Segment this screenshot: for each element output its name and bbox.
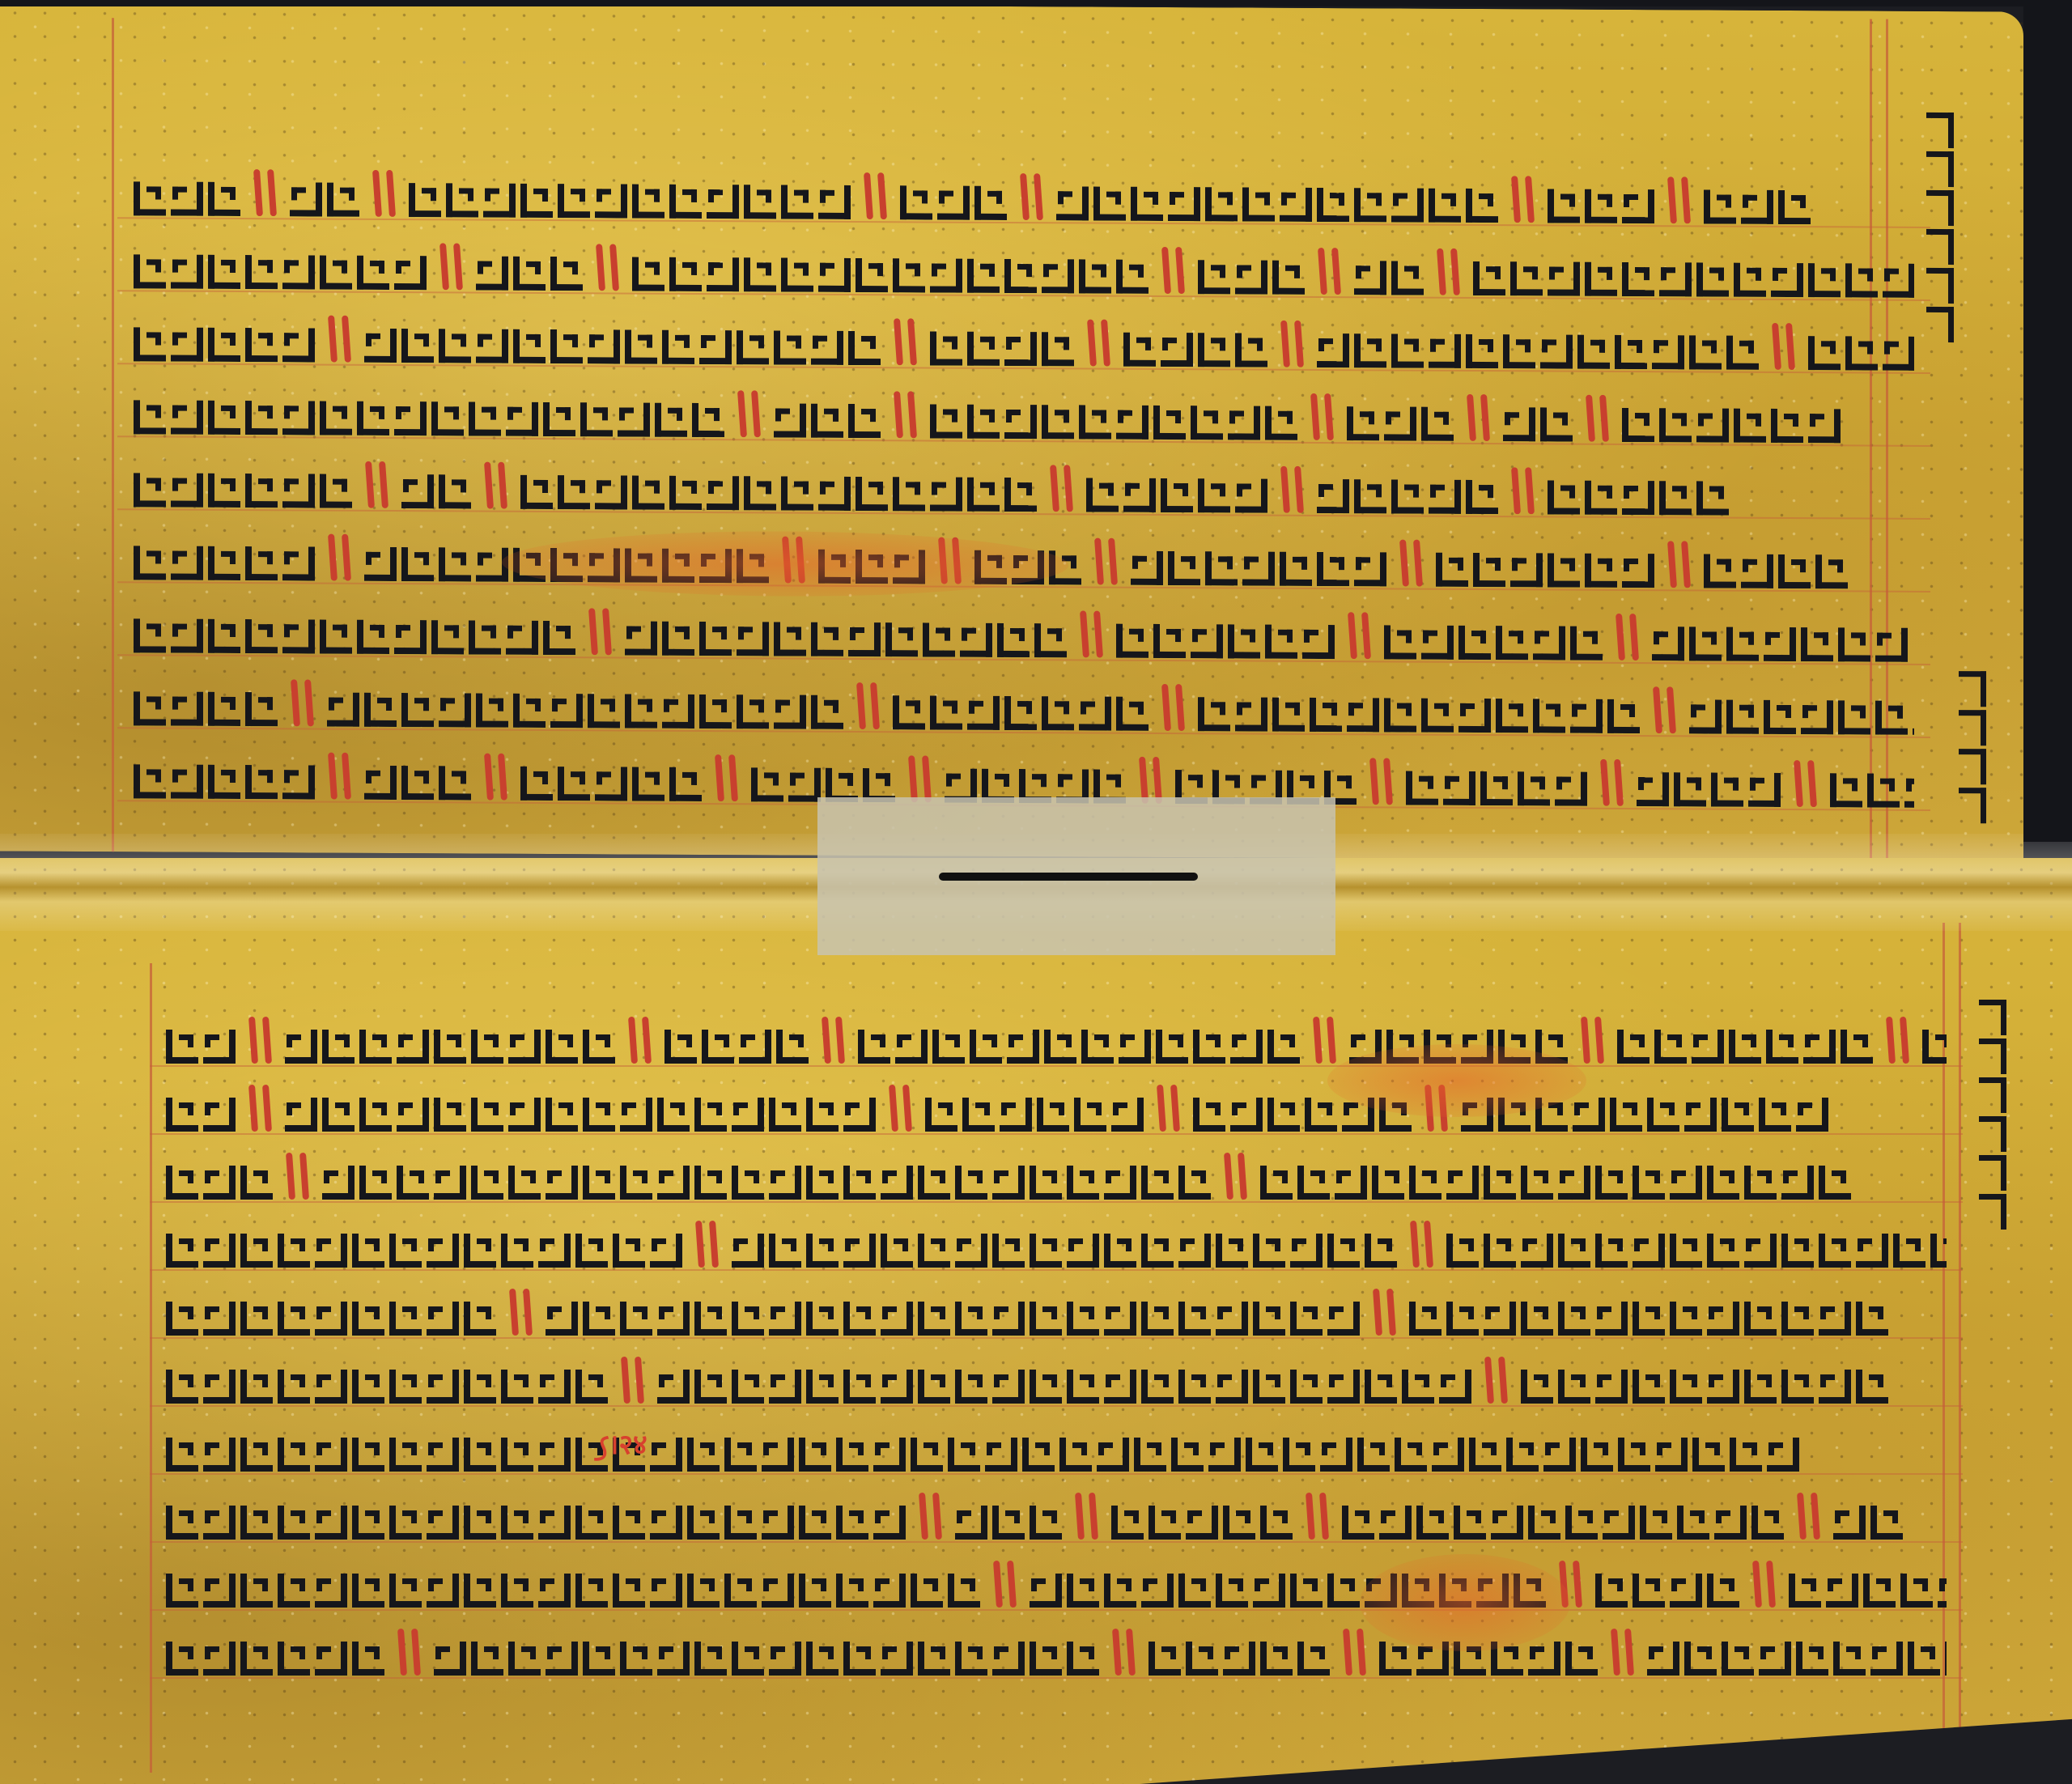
glyph [843,1370,876,1404]
glyph [873,1506,906,1540]
script-segment [1149,1627,1330,1676]
glyph [546,1166,578,1200]
manuscript-line [134,382,1914,444]
glyph [1570,627,1603,661]
glyph [762,1438,794,1472]
glyph [359,1166,392,1200]
glyph [1280,188,1312,222]
glyph [1421,699,1454,733]
glyph [427,1438,459,1472]
double-danda-mark [1282,465,1302,513]
glyph [245,328,278,362]
glyph [1722,1642,1754,1676]
glyph [613,1234,645,1268]
glyph [1391,188,1424,222]
glyph [930,477,962,511]
script-segment [134,604,575,655]
glyph [1446,1302,1479,1336]
glyph [171,692,203,726]
glyph [1521,1370,1553,1404]
glyph [501,1234,533,1268]
glyph [657,1642,690,1676]
glyph [769,1370,801,1404]
glyph [1744,1234,1777,1268]
glyph [538,1506,571,1540]
glyph [546,1098,578,1132]
glyph [1778,190,1811,224]
glyph [282,619,315,653]
glyph [513,329,546,363]
glyph [1205,551,1238,585]
glyph [389,1234,422,1268]
glyph [625,694,657,728]
glyph [1208,1438,1241,1472]
glyph [1067,1642,1099,1676]
glyph [1111,1098,1144,1132]
glyph [1689,699,1722,733]
glyph [1067,1302,1099,1336]
glyph [739,1030,771,1064]
glyph [669,257,702,291]
script-segment [134,750,315,799]
ruling-line [150,1269,1963,1271]
glyph [955,1642,987,1676]
glyph [397,1098,429,1132]
glyph [1781,1302,1814,1336]
glyph [203,1098,236,1132]
script-segment [774,389,881,438]
glyph [538,1438,571,1472]
glyph [282,401,315,435]
glyph [1674,772,1706,806]
glyph [1491,1506,1523,1540]
double-danda-mark [1314,1015,1335,1064]
glyph [501,1506,533,1540]
glyph [575,1234,608,1268]
manuscript-line [166,1012,1947,1064]
glyph [550,329,583,363]
glyph [662,694,694,728]
glyph [737,694,769,728]
glyph [1416,1506,1449,1540]
glyph [1900,1574,1933,1608]
glyph [1904,774,1914,808]
glyph [1335,1166,1367,1200]
glyph [1558,1370,1590,1404]
glyph [1116,406,1149,440]
glyph [278,1370,310,1404]
glyph [806,1166,839,1200]
glyph [985,1438,1017,1472]
glyph [1670,1234,1702,1268]
glyph [692,403,724,437]
glyph [657,1166,690,1200]
glyph [1198,478,1230,512]
glyph [1446,1166,1479,1200]
glyph [1067,1166,1099,1200]
glyph [1684,1098,1717,1132]
glyph [439,766,471,800]
script-segment [520,752,702,801]
glyph [471,1098,503,1132]
glyph [134,764,166,798]
glyph [427,1574,459,1608]
glyph [434,1098,466,1132]
glyph [1198,697,1230,731]
glyph [240,1234,273,1268]
glyph [1290,1574,1323,1608]
glyph [282,765,315,799]
glyph [240,1506,273,1540]
glyph [1116,697,1149,731]
glyph [1228,624,1260,658]
double-danda-mark [865,171,885,219]
glyph [992,1302,1025,1336]
glyph [508,1642,541,1676]
glyph [694,1642,727,1676]
glyph [1759,1642,1791,1676]
double-danda-mark [920,1491,940,1540]
script-segment [327,678,843,729]
glyph [1230,1030,1263,1064]
glyph [245,255,278,289]
glyph [1659,262,1692,296]
glyph [811,404,843,438]
glyph [550,694,583,728]
glyph [1365,1234,1397,1268]
glyph [245,546,278,580]
glyph [1391,479,1424,513]
glyph [352,1234,384,1268]
glyph [967,405,1000,439]
glyph [1883,337,1914,371]
glyph [632,476,664,510]
glyph [699,694,732,728]
glyph [171,255,203,289]
glyph [1633,1302,1665,1336]
glyph [364,693,397,727]
double-danda-mark [329,751,350,800]
glyph [632,257,664,291]
double-danda-mark [739,389,759,437]
glyph [1548,189,1580,223]
glyph [1186,1642,1218,1676]
glyph [208,474,240,508]
glyph [1729,1030,1761,1064]
glyph [1141,1234,1174,1268]
glyph [1037,1098,1069,1132]
glyph [1357,1438,1390,1472]
glyph [1707,1370,1739,1404]
glyph [364,547,397,581]
glyph [1042,405,1074,439]
glyph [1267,1098,1300,1132]
margin-glyph [1926,113,1954,148]
script-segment [134,240,427,290]
ruling-line [150,1473,1963,1475]
glyph [962,1098,995,1132]
script-segment [546,1287,1360,1336]
glyph [401,547,434,581]
glyph [464,1438,496,1472]
glyph [1327,1370,1360,1404]
glyph [1473,553,1505,587]
glyph [732,1234,764,1268]
glyph [1379,1506,1412,1540]
glyph [1067,1574,1099,1608]
glyph [1633,1166,1665,1200]
glyph [1870,1506,1903,1540]
glyph [208,765,240,799]
glyph [1870,1642,1903,1676]
glyph [650,1438,682,1472]
glyph [1640,1506,1672,1540]
glyph [1484,1234,1516,1268]
script-segment [1198,682,1640,733]
double-danda-mark [1307,1491,1327,1540]
glyph [322,1030,355,1064]
glyph [464,1370,496,1404]
glyph [1684,1642,1717,1676]
script-segment [1317,319,1759,370]
glyph [873,1574,906,1608]
glyph [1801,700,1833,734]
glyph [583,1642,615,1676]
glyph [282,328,315,362]
glyph [1655,1438,1688,1472]
glyph [702,1030,734,1064]
script-segment [1704,539,1848,588]
glyph [955,1234,987,1268]
glyph [1480,771,1513,805]
glyph [799,1506,831,1540]
glyph [769,1642,801,1676]
glyph [1302,625,1335,659]
script-segment [134,458,352,508]
script-segment [1409,1287,1888,1336]
glyph [1004,478,1037,512]
glyph [1161,478,1193,512]
glyph [352,1302,384,1336]
glyph [1670,1166,1702,1200]
double-danda-mark [1669,175,1689,223]
glyph [1826,1574,1858,1608]
script-segment [285,1083,876,1132]
double-danda-mark [1163,245,1183,294]
glyph [1327,1574,1360,1608]
glyph [1585,554,1617,588]
script-segment [401,460,471,508]
glyph [955,1302,987,1336]
script-segment [166,1151,273,1200]
script-segment [166,1015,236,1064]
ruling-line [150,1405,1963,1407]
ruling-line [150,1065,1963,1067]
glyph [359,1030,392,1064]
glyph [203,1506,236,1540]
glyph [1097,1438,1129,1472]
glyph [806,1370,839,1404]
glyph [1637,772,1669,806]
glyph [955,1370,987,1404]
glyph [1317,479,1349,513]
margin-glyph [1926,190,1954,226]
glyph [1432,1438,1464,1472]
script-segment [1704,175,1811,224]
glyph [327,693,359,727]
glyph [1305,1098,1337,1132]
glyph [918,1642,950,1676]
glyph [1615,335,1647,369]
glyph [588,329,620,363]
glyph [1178,1166,1211,1200]
glyph [724,1506,757,1540]
glyph [737,330,769,364]
script-segment [625,606,1067,657]
double-danda-mark [895,316,915,365]
red-stain [1360,1554,1570,1651]
glyph [1696,262,1729,296]
script-segment [166,1219,682,1268]
script-segment [166,1423,1799,1472]
glyph [1622,554,1654,588]
glyph [662,330,694,364]
script-segment [1260,1151,1851,1200]
glyph [558,767,590,801]
glyph [1198,333,1230,367]
glyph [476,257,508,291]
glyph [811,695,843,729]
double-danda-mark [1319,246,1340,295]
glyph [1042,696,1074,730]
glyph [650,1506,682,1540]
glyph [1938,1574,1947,1608]
glyph [427,1234,459,1268]
glyph [1803,1030,1836,1064]
glyph [171,401,203,435]
script-segment [925,1083,1144,1132]
glyph [781,258,813,292]
red-stain [1327,1044,1586,1117]
glyph [1548,480,1580,514]
glyph [1354,188,1386,222]
glyph [1193,1098,1225,1132]
glyph [744,257,776,291]
glyph [893,477,925,511]
double-danda-mark [1602,758,1622,806]
glyph [476,329,508,363]
glyph [650,1234,682,1268]
manuscript-line [166,1352,1947,1404]
glyph [1059,1438,1092,1472]
double-danda-mark [511,1287,531,1336]
glyph [1808,263,1841,297]
glyph [409,183,441,217]
glyph [1692,1030,1724,1064]
glyph [1652,627,1684,661]
glyph [1230,1098,1263,1132]
glyph [134,691,166,725]
glyph [171,765,203,799]
margin-glyph [1926,307,1954,342]
glyph [1317,333,1349,367]
glyph [699,330,732,364]
glyph [208,255,240,289]
glyph [618,402,650,436]
glyph [1558,1166,1590,1200]
double-danda-mark [287,1151,308,1200]
glyph [583,1302,615,1336]
double-danda-mark [1587,393,1607,442]
glyph [315,1302,347,1336]
margin-glyph [1979,1116,2006,1152]
glyph [320,620,352,654]
script-segment [1086,463,1267,512]
glyph [171,328,203,362]
double-danda-mark [716,753,737,801]
double-danda-mark [1513,465,1533,514]
glyph [744,476,776,510]
glyph [546,1030,578,1064]
glyph [900,185,932,219]
double-danda-mark [1887,1015,1908,1064]
glyph [1141,1166,1174,1200]
double-danda-mark [1795,758,1815,807]
glyph [1867,774,1900,808]
glyph [856,477,888,511]
glyph [166,1642,198,1676]
script-segment [520,461,1037,512]
glyph [203,1030,236,1064]
glyph [687,1574,720,1608]
glyph [1178,1574,1211,1608]
script-segment [1548,174,1654,223]
glyph [724,1574,757,1608]
glyph [620,1098,652,1132]
glyph [1469,1438,1501,1472]
glyph [476,694,508,728]
glyph [1622,189,1654,223]
glyph [1856,1370,1888,1404]
glyph [315,1370,347,1404]
glyph [930,258,962,292]
script-segment [166,1083,236,1132]
glyph [434,1166,466,1200]
glyph [1290,1234,1323,1268]
glyph [1875,628,1908,662]
double-danda-mark [1374,1287,1395,1336]
glyph [389,1370,422,1404]
glyph [1171,1438,1204,1472]
glyph [1764,627,1796,661]
glyph [960,623,992,657]
glyph [1521,1302,1553,1336]
glyph [687,1506,720,1540]
top-folio [0,1,2023,861]
script-segment [166,1355,608,1404]
script-segment [322,1151,1211,1200]
glyph [1004,259,1037,293]
manuscript-line [134,164,1914,225]
script-segment [166,1287,496,1336]
glyph [1242,187,1275,221]
script-segment [1056,172,1498,223]
background-top [0,0,2072,6]
glyph [948,1574,980,1608]
double-danda-mark [486,461,506,509]
glyph [1610,1098,1642,1132]
glyph [595,475,627,509]
